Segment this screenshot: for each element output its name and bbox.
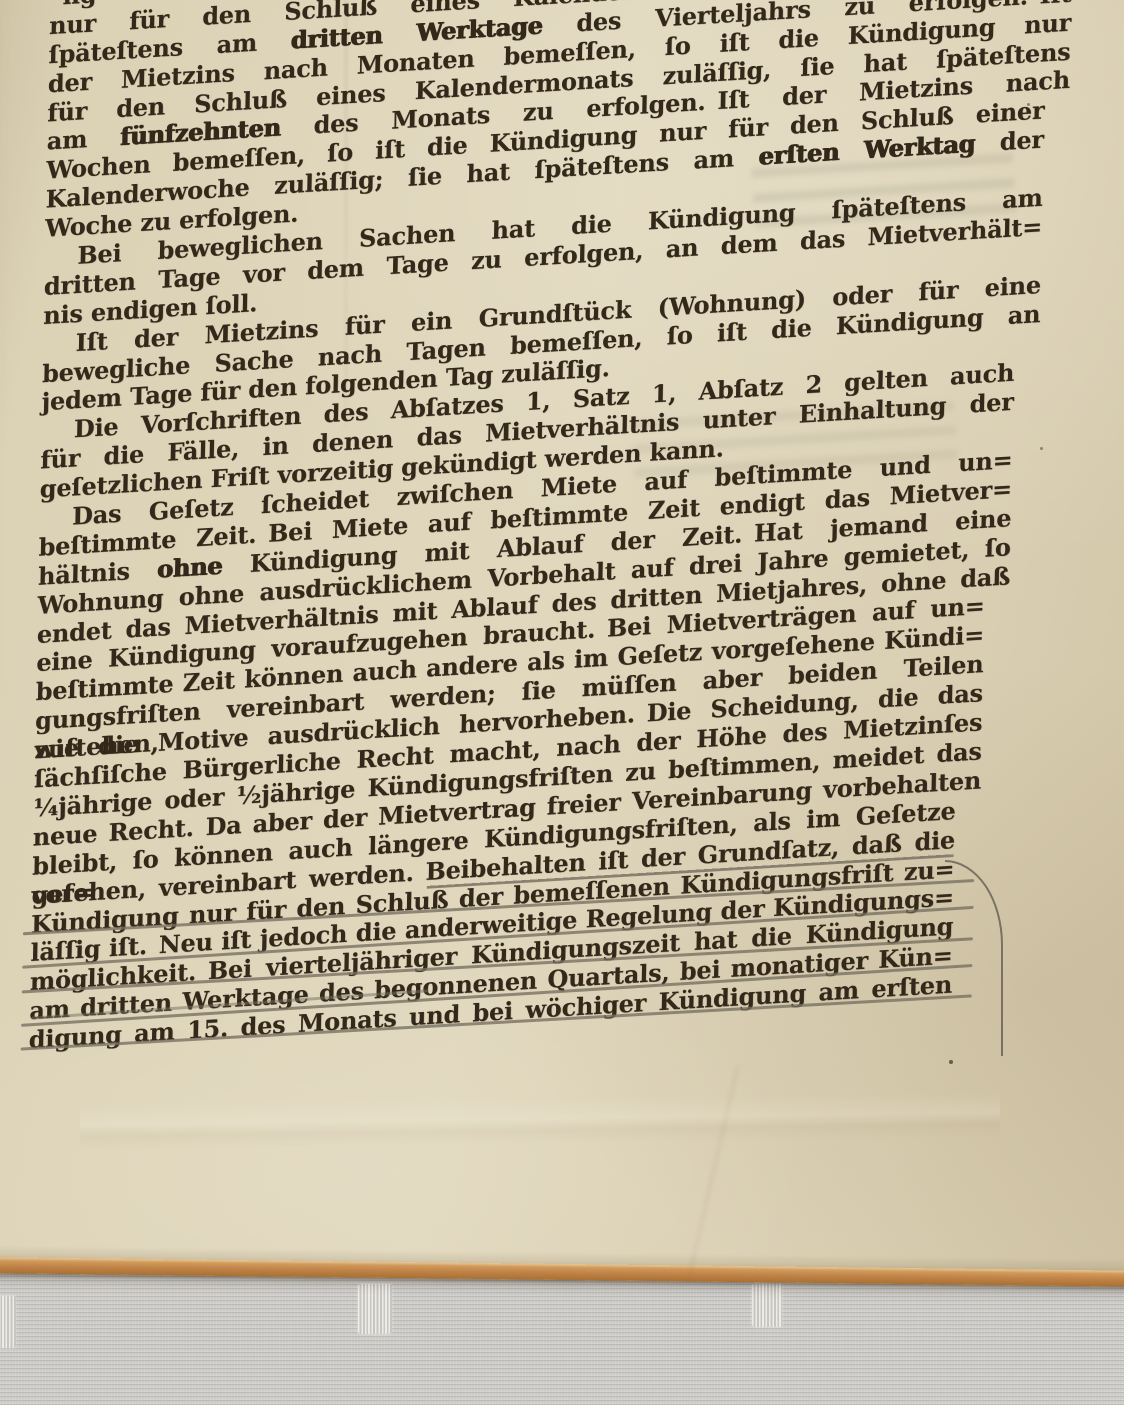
text-run: der bbox=[975, 125, 1044, 158]
page-text: ngnur für den Schluß eines Kalenderviert… bbox=[28, 0, 1023, 1055]
paper-speck bbox=[1040, 447, 1043, 450]
book-page-photo: ngnur für den Schluß eines Kalenderviert… bbox=[0, 0, 1124, 1405]
stitch-mark bbox=[752, 1283, 782, 1327]
bold-text-run: ohne bbox=[157, 550, 223, 583]
stitch-mark bbox=[358, 1284, 392, 1334]
text-run: am bbox=[47, 122, 121, 156]
pencil-dot bbox=[949, 1060, 953, 1064]
stitch-mark bbox=[0, 1296, 16, 1348]
